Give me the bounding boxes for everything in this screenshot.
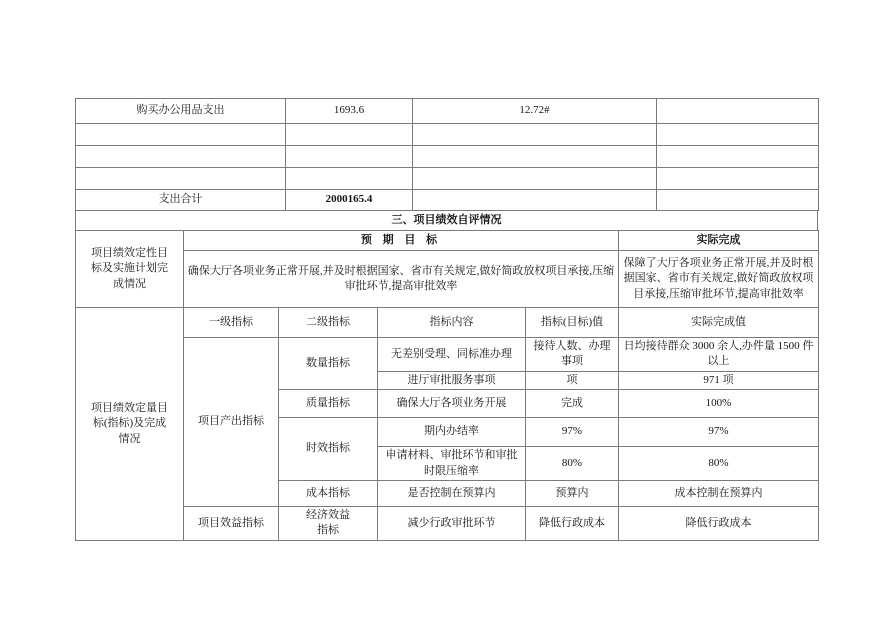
expense-item-cell — [76, 146, 286, 168]
table-row: 确保大厅各项业务正常开展,并及时根据国家、省市有关规定,做好简政放权项目承接,压… — [76, 251, 819, 308]
indicator-actual-cell: 降低行政成本 — [619, 506, 819, 540]
indicator-actual-cell: 971 项 — [619, 371, 819, 389]
header-target: 指标(目标)值 — [526, 308, 619, 338]
indicator-actual-cell: 80% — [619, 447, 819, 481]
table-row: 支出合计 2000165.4 — [76, 190, 819, 211]
table-row: 项目绩效定性目标及实施计划完成情况 预 期 目 标 实际完成 — [76, 231, 819, 251]
expense-note-cell — [657, 190, 819, 211]
expense-amount-cell — [286, 146, 413, 168]
expected-goal-text: 确保大厅各项业务正常开展,并及时根据国家、省市有关规定,做好简政放权项目承接,压… — [184, 251, 619, 308]
expense-ratio-cell: 12.72# — [413, 99, 657, 124]
indicator-target-cell: 80% — [526, 447, 619, 481]
table-row — [76, 146, 819, 168]
expense-ratio-cell — [413, 146, 657, 168]
indicator-content-text: 申请材料、审批环节和审批时限压缩率 — [384, 448, 520, 479]
table-row: 项目绩效定量目标(指标)及完成情况 一级指标 二级指标 指标内容 指标(目标)值… — [76, 308, 819, 338]
indicator-target-cell: 97% — [526, 418, 619, 447]
header-content: 指标内容 — [378, 308, 526, 338]
table-row: 项目产出指标 数量指标 无差别受理、同标准办理 接待人数、办理事项 日均接待群众… — [76, 338, 819, 372]
header-level1: 一级指标 — [184, 308, 279, 338]
table-row: 项目效益指标 经济效益指标 减少行政审批环节 降低行政成本 降低行政成本 — [76, 506, 819, 540]
section-title-bar: 三、项目绩效自评情况 — [75, 210, 818, 231]
expense-ratio-cell — [413, 168, 657, 190]
header-actual: 实际完成值 — [619, 308, 819, 338]
table-row — [76, 124, 819, 146]
indicator-content-cell: 确保大厅各项业务开展 — [378, 390, 526, 418]
expense-item-cell — [76, 124, 286, 146]
table-row: 购买办公用品支出 1693.6 12.72# — [76, 99, 819, 124]
indicator-target-cell: 完成 — [526, 390, 619, 418]
table-row — [76, 168, 819, 190]
level2-cell: 成本指标 — [279, 480, 378, 506]
quantitative-row-label-text: 项目绩效定量目标(指标)及完成情况 — [88, 401, 172, 447]
qualitative-row-label: 项目绩效定性目标及实施计划完成情况 — [76, 231, 184, 308]
expense-table: 购买办公用品支出 1693.6 12.72# 支出合计 2000165.4 — [75, 98, 819, 211]
actual-completion-text: 保障了大厅各项业务正常开展,并及时根据国家、省市有关规定,做好简政放权项目承接,… — [619, 251, 819, 308]
quantitative-row-label: 项目绩效定量目标(指标)及完成情况 — [76, 308, 184, 541]
quantitative-table: 项目绩效定量目标(指标)及完成情况 一级指标 二级指标 指标内容 指标(目标)值… — [75, 307, 819, 541]
qualitative-row-label-text: 项目绩效定性目标及实施计划完成情况 — [88, 246, 172, 292]
header-level2: 二级指标 — [279, 308, 378, 338]
expense-total-label: 支出合计 — [76, 190, 286, 211]
level1-output-cell: 项目产出指标 — [184, 338, 279, 507]
indicator-content-cell: 减少行政审批环节 — [378, 506, 526, 540]
expected-goal-header: 预 期 目 标 — [184, 231, 619, 251]
actual-completion-header: 实际完成 — [619, 231, 819, 251]
indicator-content-cell: 是否控制在预算内 — [378, 480, 526, 506]
expense-ratio-cell — [413, 124, 657, 146]
indicator-actual-cell: 成本控制在预算内 — [619, 480, 819, 506]
indicator-content-cell: 申请材料、审批环节和审批时限压缩率 — [378, 447, 526, 481]
indicator-content-cell: 进厅审批服务事项 — [378, 371, 526, 389]
expense-amount-cell — [286, 124, 413, 146]
expense-note-cell — [657, 124, 819, 146]
expense-note-cell — [657, 146, 819, 168]
expense-item-cell — [76, 168, 286, 190]
indicator-target-cell: 项 — [526, 371, 619, 389]
indicator-target-cell: 降低行政成本 — [526, 506, 619, 540]
section-title: 三、项目绩效自评情况 — [76, 211, 818, 231]
indicator-target-cell: 接待人数、办理事项 — [526, 338, 619, 372]
level2-text: 经济效益指标 — [304, 508, 352, 539]
level2-cell: 质量指标 — [279, 390, 378, 418]
indicator-target-text: 接待人数、办理事项 — [532, 339, 612, 370]
expense-item-cell: 购买办公用品支出 — [76, 99, 286, 124]
evaluation-document: 购买办公用品支出 1693.6 12.72# 支出合计 2000165.4 — [75, 98, 820, 541]
level1-benefit-cell: 项目效益指标 — [184, 506, 279, 540]
expense-amount-cell — [286, 168, 413, 190]
indicator-actual-cell: 日均接待群众 3000 余人,办件量 1500 件以上 — [619, 338, 819, 372]
expense-total-amount: 2000165.4 — [286, 190, 413, 211]
indicator-actual-cell: 97% — [619, 418, 819, 447]
level2-cell: 经济效益指标 — [279, 506, 378, 540]
expense-ratio-cell — [413, 190, 657, 211]
indicator-actual-cell: 100% — [619, 390, 819, 418]
expense-amount-cell: 1693.6 — [286, 99, 413, 124]
table-row: 三、项目绩效自评情况 — [76, 211, 818, 231]
expense-note-cell — [657, 168, 819, 190]
indicator-target-cell: 预算内 — [526, 480, 619, 506]
indicator-content-cell: 期内办结率 — [378, 418, 526, 447]
level2-cell: 时效指标 — [279, 418, 378, 481]
expense-note-cell — [657, 99, 819, 124]
qualitative-table: 项目绩效定性目标及实施计划完成情况 预 期 目 标 实际完成 确保大厅各项业务正… — [75, 230, 819, 308]
indicator-content-cell: 无差别受理、同标准办理 — [378, 338, 526, 372]
level2-cell: 数量指标 — [279, 338, 378, 390]
document-page: { "expense_table": { "rows": [ {"item": … — [0, 0, 895, 632]
